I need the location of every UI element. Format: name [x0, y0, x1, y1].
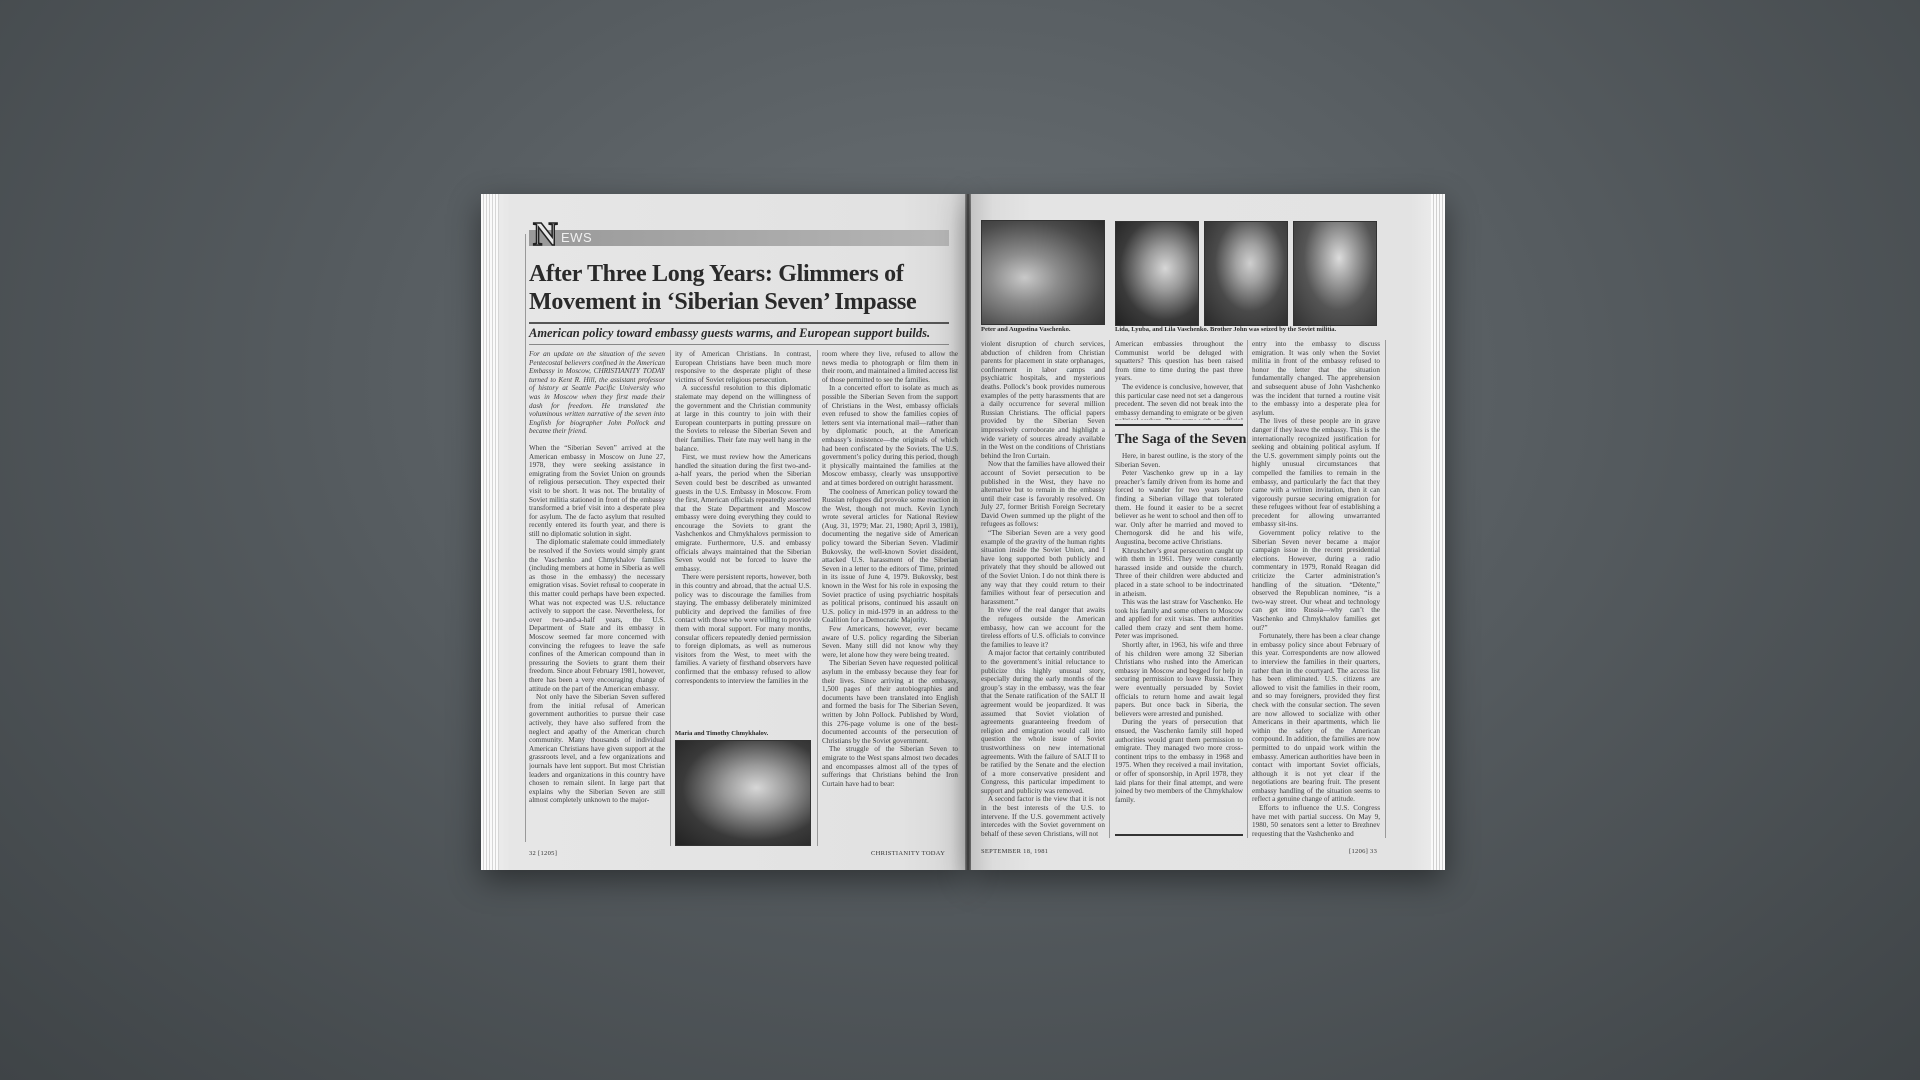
column-rule — [1247, 340, 1248, 838]
paragraph: There were persistent reports, however, … — [675, 573, 811, 685]
section-label: EWS — [561, 230, 592, 246]
text-column-2-top: American embassies throughout the Commun… — [1115, 340, 1243, 420]
column-rule — [670, 350, 671, 846]
intro-paragraph: For an update on the situation of the se… — [529, 350, 665, 436]
photo-caption: Maria and Timothy Chmykhalov. — [675, 730, 768, 737]
paragraph: Shortly after, in 1963, his wife and thr… — [1115, 641, 1243, 718]
photo-chmykhalov — [675, 740, 811, 846]
paragraph: ity of American Christians. In contrast,… — [675, 350, 811, 384]
paragraph: This was the last straw for Vaschenko. H… — [1115, 598, 1243, 641]
paragraph: Khrushchev’s great persecution caught up… — [1115, 547, 1243, 599]
photo-peter-augustina — [981, 220, 1105, 325]
text-column-3: room where they live, refused to allow t… — [822, 350, 958, 846]
paragraph: In view of the real danger that awaits t… — [981, 606, 1105, 649]
left-page: N EWS After Three Long Years: Glimmers o… — [481, 194, 965, 870]
paragraph: Fortunately, there has been a clear chan… — [1252, 632, 1380, 804]
text-column-3: entry into the embassy to discuss emigra… — [1252, 340, 1380, 838]
article-deck: American policy toward embassy guests wa… — [529, 326, 959, 341]
photo-lida — [1115, 221, 1199, 326]
paragraph: The Siberian Seven have requested politi… — [822, 659, 958, 745]
page-number: [1206] 33 — [1349, 848, 1377, 855]
magazine-spread: N EWS After Three Long Years: Glimmers o… — [481, 194, 1445, 870]
paragraph: The evidence is conclusive, however, tha… — [1115, 383, 1243, 420]
column-rule — [525, 234, 526, 842]
paragraph: In a concerted effort to isolate as much… — [822, 384, 958, 487]
photo-caption: Peter and Augustina Vaschenko. — [981, 326, 1070, 333]
text-column-1: violent disruption of church services, a… — [981, 340, 1105, 838]
paragraph: violent disruption of church services, a… — [981, 340, 1105, 460]
divider — [529, 344, 949, 345]
paragraph: American embassies throughout the Commun… — [1115, 340, 1243, 383]
paragraph: room where they live, refused to allow t… — [822, 350, 958, 384]
divider — [1115, 424, 1243, 426]
paragraph: First, we must review how the Americans … — [675, 453, 811, 573]
issue-date: SEPTEMBER 18, 1981 — [981, 848, 1048, 855]
page-edge — [1431, 194, 1445, 870]
paragraph: The diplomatic stalemate could immediate… — [529, 538, 665, 693]
paragraph: Peter Vaschenko grew up in a lay preache… — [1115, 469, 1243, 546]
publication-name: CHRISTIANITY TODAY — [871, 850, 945, 857]
column-rule — [1109, 340, 1110, 838]
divider — [1115, 834, 1243, 836]
paragraph: A successful resolution to this diplomat… — [675, 384, 811, 453]
sidebar-heading: The Saga of the Seven — [1115, 432, 1246, 448]
photo-lila — [1293, 221, 1377, 326]
column-rule — [1385, 340, 1386, 838]
article-title: After Three Long Years: Glimmers of Move… — [529, 260, 959, 316]
paragraph: Not only have the Siberian Seven suffere… — [529, 693, 665, 805]
paragraph: The coolness of American policy toward t… — [822, 488, 958, 626]
paragraph: Government policy relative to the Siberi… — [1252, 529, 1380, 632]
paragraph: The struggle of the Siberian Seven to em… — [822, 745, 958, 788]
paragraph: A second factor is the view that it is n… — [981, 795, 1105, 838]
column-rule — [817, 350, 818, 846]
photo-lyuba — [1204, 221, 1288, 326]
text-column-1: For an update on the situation of the se… — [529, 350, 665, 846]
page-number: 32 [1205] — [529, 850, 557, 857]
page-edge — [481, 194, 499, 870]
paragraph: A major factor that certainly contribute… — [981, 649, 1105, 795]
divider — [529, 322, 949, 324]
paragraph: During the years of persecution that ens… — [1115, 718, 1243, 804]
right-page: Peter and Augustina Vaschenko. Lida, Lyu… — [971, 194, 1445, 870]
paragraph: Efforts to influence the U.S. Congress h… — [1252, 804, 1380, 838]
paragraph: When the “Siberian Seven” arrived at the… — [529, 444, 665, 539]
sidebar-text: Here, in barest outline, is the story of… — [1115, 452, 1243, 830]
paragraph: The lives of these people are in grave d… — [1252, 417, 1380, 529]
paragraph: “The Siberian Seven are a very good exam… — [981, 529, 1105, 606]
section-initial: N — [533, 220, 558, 250]
text-column-2: ity of American Christians. In contrast,… — [675, 350, 811, 726]
paragraph: Few Americans, however, ever became awar… — [822, 625, 958, 659]
paragraph: entry into the embassy to discuss emigra… — [1252, 340, 1380, 417]
photo-caption: Lida, Lyuba, and Lila Vaschenko. Brother… — [1115, 326, 1336, 333]
paragraph: Here, in barest outline, is the story of… — [1115, 452, 1243, 469]
paragraph: Now that the families have allowed their… — [981, 460, 1105, 529]
